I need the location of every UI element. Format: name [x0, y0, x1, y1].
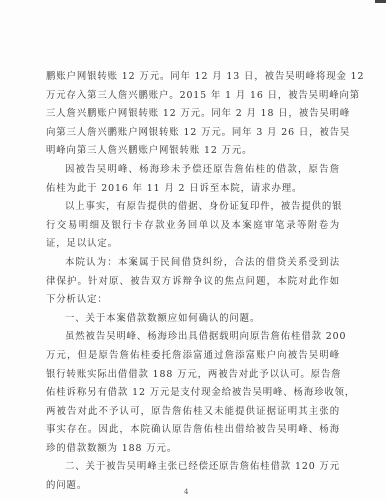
text-line: 下分析认定：: [46, 291, 340, 310]
text-line: 万元，但是原告詹佑桂委托詹添富通过詹添富账户向被告吴明峰: [46, 347, 340, 366]
text-line: 律保护。针对原、被告双方诉辩争议的焦点问题，本院对此作如: [46, 273, 340, 292]
page-number: 4: [184, 488, 188, 496]
text-line: 珍的借款数额为 188 万元。: [46, 440, 340, 459]
paragraph-first-line: 本院认为：本案属于民间借贷纠纷，合法的借贷关系受到法: [46, 254, 340, 273]
text-line: 三人詹兴鹏账户网银转账 12 万元。同年 2 月 18 日，被告吴明峰: [46, 105, 340, 124]
section-heading: 二、关于被告吴明峰主张已经偿还原告詹佑桂借款 120 万元: [46, 458, 340, 477]
section-heading: 一、关于本案借款数额应如何确认的问题。: [46, 310, 340, 329]
text-line: 万元存入第三人詹兴鹏账户。2015 年 1 月 16 日，被告吴明峰向第: [46, 87, 340, 106]
paragraph-first-line: 因被告吴明峰、杨海珍未予偿还原告詹佑桂的借款，原告詹: [46, 161, 340, 180]
text-line: 事实存在。因此，本院确认原告詹佑桂出借给被告吴明峰、杨海: [46, 421, 340, 440]
text-line: 佑桂诉称另有借款 12 万元是支付现金给被告吴明峰、杨海珍收领，: [46, 384, 340, 403]
text-line: 证，足以认定。: [46, 235, 340, 254]
text-line: 向第三人詹兴鹏账户网银转账 12 万元。同年 3 月 26 日，被告吴: [46, 124, 340, 143]
text-line: 鹏账户网银转账 12 万元。同年 12 月 13 日，被告吴明峰将现金 12: [46, 68, 340, 87]
text-line: 两被告对此不予认可，原告詹佑桂又未能提供证据证明其主张的: [46, 403, 340, 422]
text-line: 的问题。: [46, 477, 340, 496]
paragraph-first-line: 虽然被告吴明峰、杨海珍出具借据载明向原告詹佑桂借款 200: [46, 328, 340, 347]
text-line: 银行转账实际出借借款 188 万元，两被告对此予以认可。原告詹: [46, 366, 340, 385]
document-page: 鹏账户网银转账 12 万元。同年 12 月 13 日，被告吴明峰将现金 12 万…: [0, 0, 386, 500]
scan-corner-mark: [375, 0, 386, 3]
text-line: 行交易明细及银行卡存款业务回单以及本案庭审笔录等附卷为: [46, 217, 340, 236]
paragraph-first-line: 以上事实，有原告提供的借据、身份证复印件，被告提供的银: [46, 198, 340, 217]
text-line: 佑桂为此于 2016 年 11 月 2 日诉至本院，请求办理。: [46, 180, 340, 199]
document-body: 鹏账户网银转账 12 万元。同年 12 月 13 日，被告吴明峰将现金 12 万…: [46, 68, 340, 496]
text-line: 明峰向第三人詹兴鹏账户网银转账 12 万元。: [46, 142, 340, 161]
